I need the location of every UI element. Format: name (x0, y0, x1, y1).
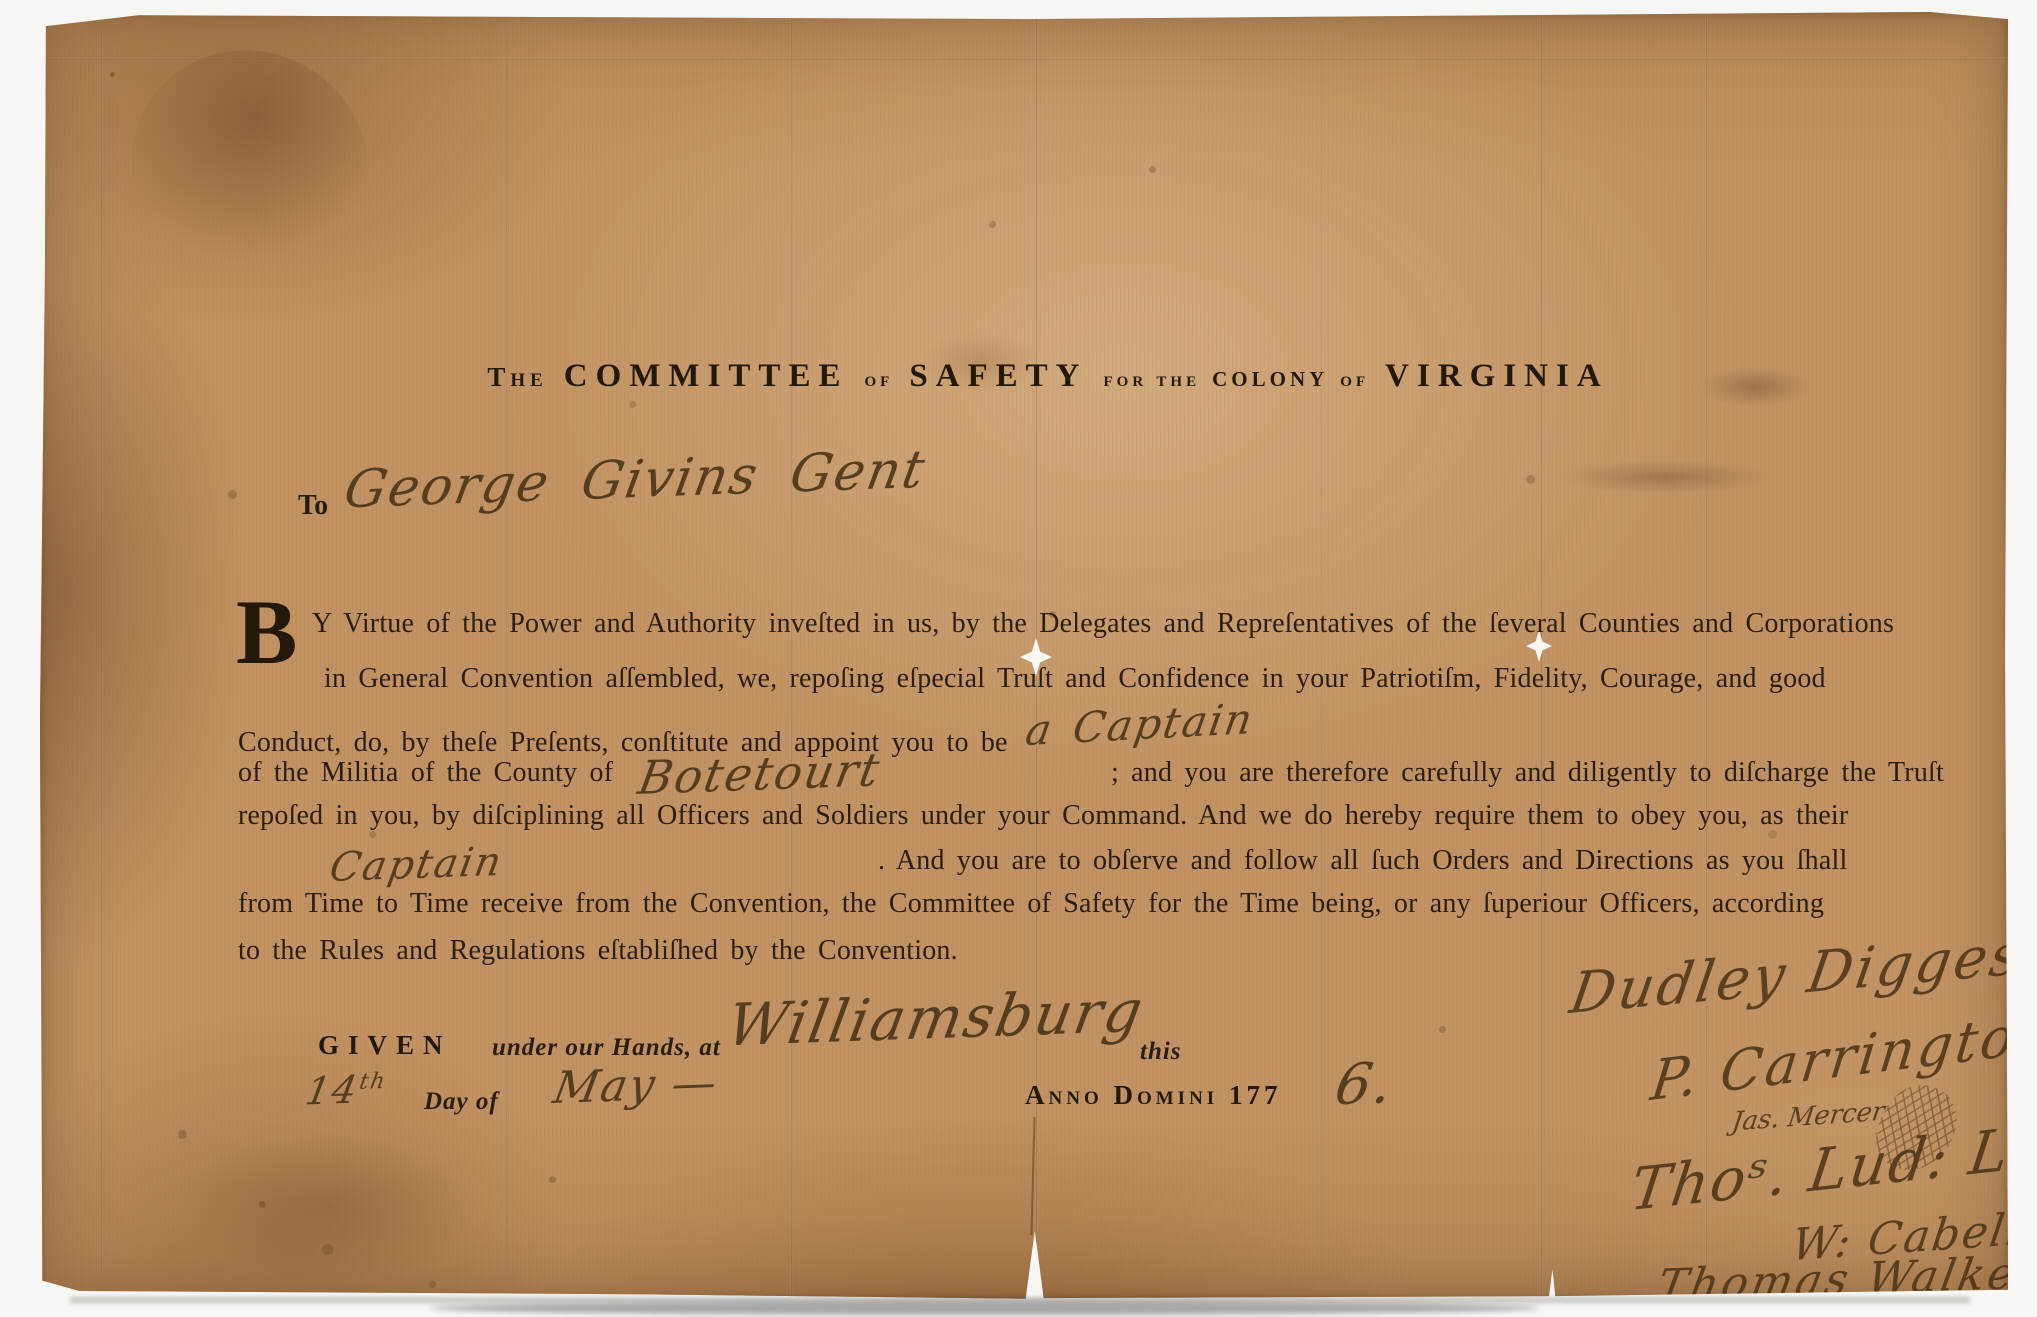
fold-crease (1705, 12, 1708, 1300)
body-line-4: of the Militia of the County of Botetour… (238, 757, 1944, 797)
title-word: SAFETY (909, 358, 1087, 394)
place-handwritten: Williamsburg (722, 977, 1149, 1060)
body-line-6-printed: . And you are to obſerve and follow all … (878, 845, 1847, 877)
month-handwritten: May — (550, 1057, 723, 1114)
day-handwritten: 14th (302, 1066, 389, 1113)
title-word: COLONY (1212, 367, 1328, 391)
anno-domini-label: Anno Domini 177 (1025, 1080, 1281, 1111)
title-word: of (864, 367, 893, 391)
title-word: VIRGINIA (1385, 358, 1609, 394)
given-label: GIVEN (318, 1030, 452, 1061)
day-suffix: th (357, 1069, 388, 1095)
document-title: The COMMITTEE of SAFETY for the COLONY o… (430, 358, 1670, 395)
fold-crease (790, 12, 793, 1300)
stain (86, 4, 415, 330)
fold-crease (505, 12, 508, 1300)
document-paper: The COMMITTEE of SAFETY for the COLONY o… (40, 12, 2008, 1300)
year-digit-handwritten: 6. (1330, 1051, 1399, 1118)
fold-crease (1320, 42, 1323, 1272)
fold-crease (100, 32, 103, 1272)
day-of-label: Day of (424, 1088, 499, 1116)
scanner-shadow (430, 1301, 1540, 1315)
title-word: of (1340, 367, 1369, 391)
body-line-1: Y Virtue of the Power and Authority inve… (238, 608, 2018, 640)
title-word: The (487, 362, 547, 392)
addressee-to-label: To (298, 490, 328, 522)
body-line-7: from Time to Time receive from the Conve… (238, 888, 1944, 920)
body-line-6: Captain . And you are to obſerve and fol… (238, 845, 1944, 883)
stain (1700, 367, 1810, 407)
day-number: 14 (302, 1067, 362, 1113)
stain (1560, 460, 1770, 494)
paper-speckles (110, 72, 115, 77)
scanned-document: The COMMITTEE of SAFETY for the COLONY o… (0, 0, 2037, 1317)
body-line-2: in General Convention aſſembled, we, rep… (238, 663, 2030, 695)
body-line-5: repoſed in you, by diſciplining all Offi… (238, 800, 1944, 832)
rank-handwritten-2: Captain (234, 826, 882, 895)
fold-crease (40, 58, 2008, 61)
this-label: this (1140, 1038, 1182, 1066)
title-word: for the (1104, 367, 1201, 391)
addressee-name-handwritten: George Givins Gent (340, 440, 931, 521)
title-word: COMMITTEE (564, 358, 849, 394)
stain (180, 1132, 480, 1282)
body-line-4-printed-end: ; and you are therefore carefully and di… (1111, 757, 1944, 789)
body-line-4-printed-start: of the Militia of the County of (238, 757, 613, 789)
